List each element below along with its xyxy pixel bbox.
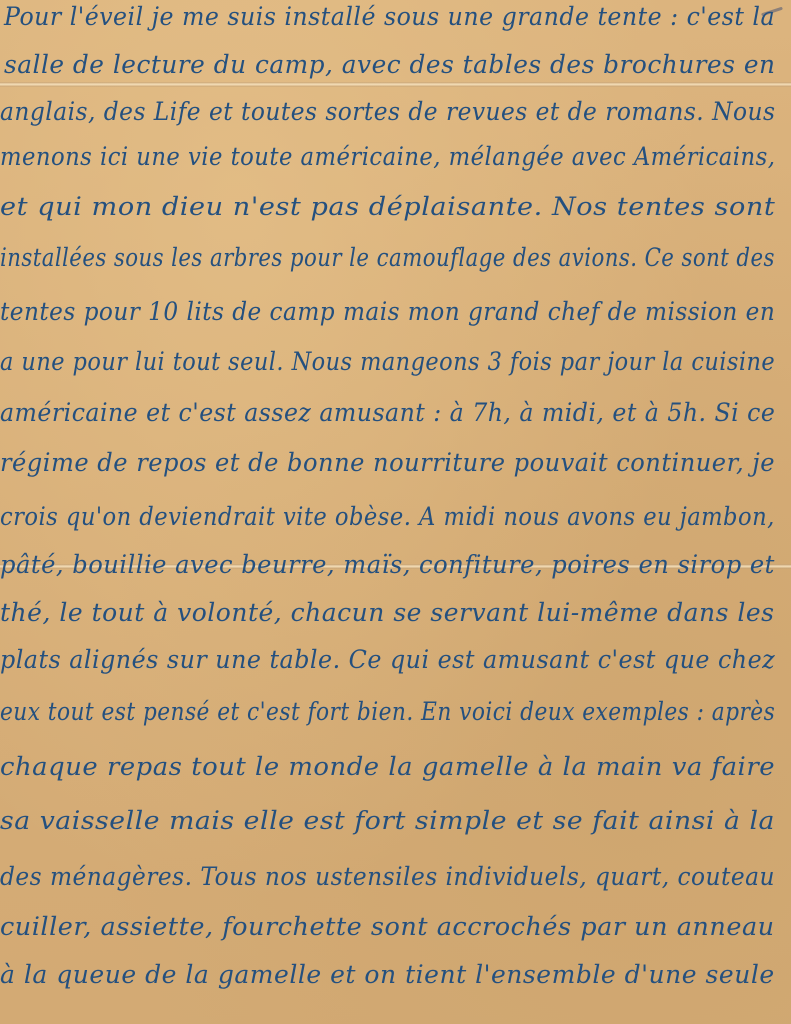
letter-line: américaine et c'est assez amusant : à 7h…: [0, 398, 775, 427]
letter-line: chaque repas tout le monde la gamelle à …: [0, 752, 775, 781]
letter-line: Pour l'éveil je me suis installé sous un…: [4, 2, 775, 31]
letter-line: plats alignés sur une table. Ce qui est …: [0, 645, 775, 674]
letter-line: menons ici une vie toute américaine, mél…: [0, 142, 775, 171]
letter-line: thé, le tout à volonté, chacun se servan…: [0, 598, 775, 627]
letter-line: sa vaisselle mais elle est fort simple e…: [0, 806, 775, 835]
letter-line: des ménagères. Tous nos ustensiles indiv…: [0, 862, 775, 891]
letter-line: salle de lecture du camp, avec des table…: [4, 50, 775, 79]
letter-line: installées sous les arbres pour le camou…: [0, 243, 775, 272]
letter-line: régime de repos et de bonne nourriture p…: [0, 448, 775, 477]
letter-line: et qui mon dieu n'est pas déplaisante. N…: [0, 192, 775, 221]
letter-line: cuiller, assiette, fourchette sont accro…: [0, 912, 775, 941]
letter-page: Pour l'éveil je me suis installé sous un…: [0, 0, 791, 1024]
letter-line: tentes pour 10 lits de camp mais mon gra…: [0, 297, 775, 326]
letter-line: eux tout est pensé et c'est fort bien. E…: [0, 697, 775, 726]
letter-line: à la queue de la gamelle et on tient l'e…: [0, 960, 775, 989]
letter-line: crois qu'on deviendrait vite obèse. A mi…: [0, 502, 775, 531]
letter-line: anglais, des Life et toutes sortes de re…: [0, 97, 775, 126]
paper-fold-line: [0, 82, 791, 87]
letter-line: pâté, bouillie avec beurre, maïs, confit…: [0, 550, 775, 579]
letter-line: a une pour lui tout seul. Nous mangeons …: [0, 347, 775, 376]
